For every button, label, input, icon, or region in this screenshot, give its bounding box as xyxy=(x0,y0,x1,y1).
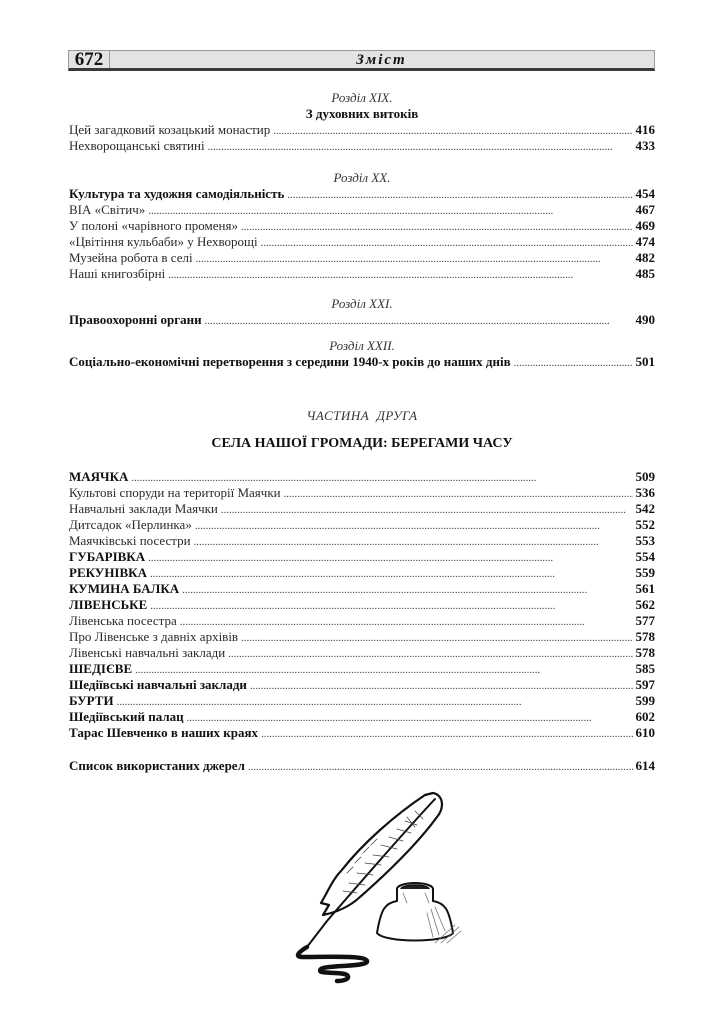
dot-leader xyxy=(194,534,633,550)
dot-leader xyxy=(228,646,632,662)
toc-entry[interactable]: Музейна робота в селі482 xyxy=(69,250,655,266)
toc-entry[interactable]: Навчальні заклади Маячки542 xyxy=(69,501,655,517)
dot-leader xyxy=(261,726,632,742)
entry-page: 490 xyxy=(633,312,656,328)
toc-entry[interactable]: У полоні «чарівного променя»469 xyxy=(69,218,655,234)
entry-page: 599 xyxy=(633,693,656,709)
table-of-contents: Розділ XIX. З духовних витоків Цей загад… xyxy=(69,90,655,774)
dot-leader xyxy=(241,219,633,235)
part-title: СЕЛА НАШОЇ ГРОМАДИ: БЕРЕГАМИ ЧАСУ xyxy=(69,435,655,453)
entry-title: ЛІВЕНСЬКЕ xyxy=(69,597,150,613)
dot-leader xyxy=(182,582,632,598)
entry-page: 562 xyxy=(633,597,656,613)
section-title: З духовних витоків xyxy=(69,106,655,122)
entry-title: ВІА «Світич» xyxy=(69,202,148,218)
entry-page: 585 xyxy=(633,661,656,677)
entry-title: Музейна робота в селі xyxy=(69,250,196,266)
section-label: Розділ XIX. xyxy=(69,90,655,106)
section-xxii: Розділ XXII. Соціально-економічні перетв… xyxy=(69,338,655,370)
entry-title: БУРТИ xyxy=(69,693,117,709)
entry-title: ШЕДІЄВЕ xyxy=(69,661,135,677)
entry-page: 509 xyxy=(633,469,656,485)
toc-entry[interactable]: Культура та художня самодіяльність454 xyxy=(69,186,655,202)
toc-entry[interactable]: КУМИНА БАЛКА561 xyxy=(69,581,655,597)
entry-title: «Цвітіння кульбаби» у Нехворощі xyxy=(69,234,261,250)
dot-leader xyxy=(117,694,633,710)
entry-title: Дитсадок «Перлинка» xyxy=(69,517,195,533)
dot-leader xyxy=(196,251,633,267)
entry-title: Соціально-економічні перетворення з сере… xyxy=(69,354,514,370)
dot-leader xyxy=(284,486,633,502)
dot-leader xyxy=(205,313,633,329)
entry-page: 536 xyxy=(633,485,656,501)
entry-page: 416 xyxy=(633,122,656,138)
toc-entry[interactable]: Соціально-економічні перетворення з сере… xyxy=(69,354,655,370)
dot-leader xyxy=(248,759,633,775)
section-label: Розділ XXII. xyxy=(69,338,655,354)
entry-page: 561 xyxy=(633,581,656,597)
entry-title: Тарас Шевченко в наших краях xyxy=(69,725,261,741)
entry-page: 474 xyxy=(633,234,656,250)
entry-title: Наші книгозбірні xyxy=(69,266,168,282)
toc-entry[interactable]: БУРТИ599 xyxy=(69,693,655,709)
toc-entry[interactable]: Шедіївські навчальні заклади597 xyxy=(69,677,655,693)
entry-page: 482 xyxy=(633,250,656,266)
entry-page: 553 xyxy=(633,533,656,549)
dot-leader xyxy=(273,123,632,139)
entry-page: 597 xyxy=(633,677,656,693)
dot-leader xyxy=(180,614,633,630)
section-label: Розділ XX. xyxy=(69,170,655,186)
entry-title: РЕКУНІВКА xyxy=(69,565,150,581)
entry-title: ГУБАРІВКА xyxy=(69,549,148,565)
running-title: Зміст xyxy=(109,51,654,68)
entry-page: 610 xyxy=(633,725,656,741)
entry-page: 552 xyxy=(633,517,656,533)
toc-entry[interactable]: РЕКУНІВКА559 xyxy=(69,565,655,581)
toc-entry-bibliography[interactable]: Список використаних джерел614 xyxy=(69,758,655,774)
toc-entry[interactable]: Лівенські навчальні заклади578 xyxy=(69,645,655,661)
toc-entry[interactable]: Нехворощанські святині433 xyxy=(69,138,655,154)
entry-page: 554 xyxy=(633,549,656,565)
entry-title: Культура та художня самодіяльність xyxy=(69,186,287,202)
dot-leader xyxy=(148,203,632,219)
dot-leader xyxy=(148,550,632,566)
entry-title: Правоохоронні органи xyxy=(69,312,205,328)
toc-entry[interactable]: Тарас Шевченко в наших краях610 xyxy=(69,725,655,741)
entry-page: 578 xyxy=(633,645,656,661)
dot-leader xyxy=(241,630,632,646)
entry-title: Цей загадковий козацький монастир xyxy=(69,122,273,138)
entry-page: 467 xyxy=(633,202,656,218)
toc-entry[interactable]: Про Лівенське з давніх архівів578 xyxy=(69,629,655,645)
toc-entry[interactable]: Шедіївський палац602 xyxy=(69,709,655,725)
toc-entry[interactable]: Дитсадок «Перлинка»552 xyxy=(69,517,655,533)
dot-leader xyxy=(221,502,633,518)
entry-title: Лівенська посестра xyxy=(69,613,180,629)
entry-title: Маячківські посестри xyxy=(69,533,194,549)
entry-title: Список використаних джерел xyxy=(69,758,248,774)
entry-page: 485 xyxy=(633,266,656,282)
entry-page: 433 xyxy=(633,138,656,154)
entry-page: 559 xyxy=(633,565,656,581)
entry-page: 501 xyxy=(633,354,656,370)
page-number: 672 xyxy=(69,51,110,68)
entry-title: Лівенські навчальні заклади xyxy=(69,645,228,661)
entry-page: 602 xyxy=(633,709,656,725)
entry-page: 469 xyxy=(633,218,656,234)
running-header: 672 Зміст xyxy=(68,50,655,71)
toc-entry[interactable]: ШЕДІЄВЕ585 xyxy=(69,661,655,677)
toc-entry[interactable]: Маячківські посестри553 xyxy=(69,533,655,549)
entry-page: 578 xyxy=(633,629,656,645)
toc-entry[interactable]: Культові споруди на території Маячки536 xyxy=(69,485,655,501)
toc-entry[interactable]: Лівенська посестра577 xyxy=(69,613,655,629)
entry-title: МАЯЧКА xyxy=(69,469,131,485)
entry-title: Шедіївські навчальні заклади xyxy=(69,677,250,693)
dot-leader xyxy=(261,235,633,251)
part-label: ЧАСТИНА ДРУГА xyxy=(69,408,655,424)
entry-page: 454 xyxy=(633,186,656,202)
section-xix: Розділ XIX. З духовних витоків Цей загад… xyxy=(69,90,655,154)
entry-title: Шедіївський палац xyxy=(69,709,187,725)
part-two-entries: МАЯЧКА509 Культові споруди на території … xyxy=(69,469,655,741)
dot-leader xyxy=(150,598,632,614)
toc-entry[interactable]: Правоохоронні органи490 xyxy=(69,312,655,328)
entry-title: Нехворощанські святині xyxy=(69,138,208,154)
toc-entry[interactable]: «Цвітіння кульбаби» у Нехворощі474 xyxy=(69,234,655,250)
entry-title: Культові споруди на території Маячки xyxy=(69,485,284,501)
dot-leader xyxy=(150,566,633,582)
dot-leader xyxy=(208,139,633,155)
toc-entry[interactable]: ЛІВЕНСЬКЕ562 xyxy=(69,597,655,613)
entry-title: КУМИНА БАЛКА xyxy=(69,581,182,597)
toc-entry[interactable]: ГУБАРІВКА554 xyxy=(69,549,655,565)
entry-page: 542 xyxy=(633,501,656,517)
dot-leader xyxy=(287,187,632,203)
entry-title: Про Лівенське з давніх архівів xyxy=(69,629,241,645)
dot-leader xyxy=(514,355,633,371)
dot-leader xyxy=(135,662,632,678)
dot-leader xyxy=(168,267,632,283)
section-label: Розділ XXI. xyxy=(69,296,655,312)
toc-entry[interactable]: МАЯЧКА509 xyxy=(69,469,655,485)
toc-entry[interactable]: Наші книгозбірні485 xyxy=(69,266,655,282)
quill-and-inkwell-icon xyxy=(285,785,465,985)
dot-leader xyxy=(250,678,633,694)
entry-page: 614 xyxy=(633,758,656,774)
section-xx: Розділ XX. Культура та художня самодіяль… xyxy=(69,170,655,282)
entry-title: У полоні «чарівного променя» xyxy=(69,218,241,234)
section-xxi: Розділ XXI. Правоохоронні органи490 xyxy=(69,296,655,328)
entry-title: Навчальні заклади Маячки xyxy=(69,501,221,517)
dot-leader xyxy=(187,710,633,726)
dot-leader xyxy=(195,518,633,534)
entry-page: 577 xyxy=(633,613,656,629)
toc-entry[interactable]: Цей загадковий козацький монастир416 xyxy=(69,122,655,138)
toc-entry[interactable]: ВІА «Світич»467 xyxy=(69,202,655,218)
dot-leader xyxy=(131,470,632,486)
